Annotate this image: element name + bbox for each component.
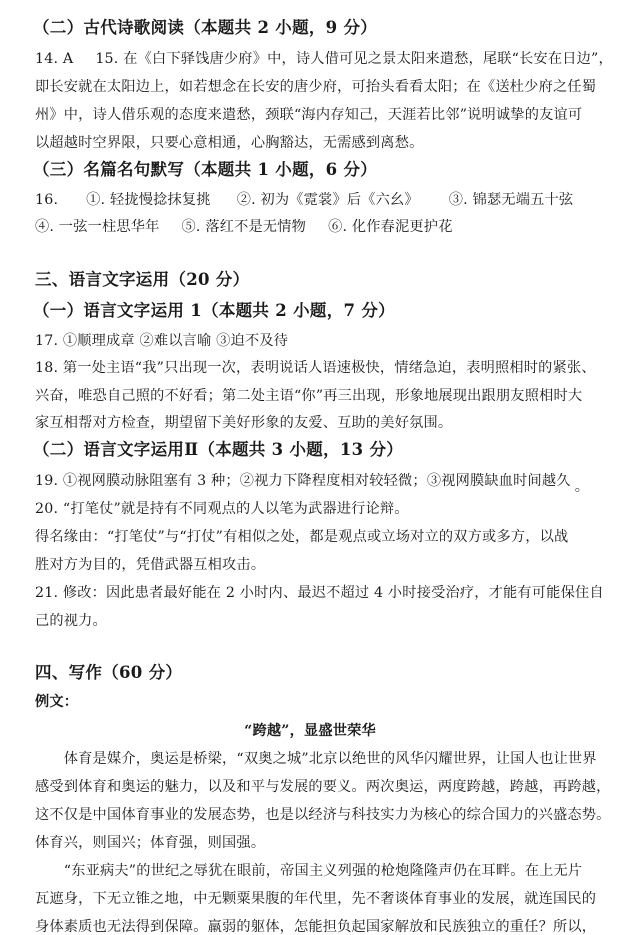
question-15-line-2: 即长安就在太阳边上，如若想念在长安的唐少府，可抬头看看太阳；在《送杜少府之任蜀 [35, 77, 596, 97]
subsection-heading-language-use-2: （二）语言文字运用Ⅱ（本题共 3 小题，13 分） [33, 440, 403, 460]
recitation-answer-3: ③. 锦瑟无端五十弦 [449, 192, 574, 208]
example-essay-label: 例文： [35, 692, 78, 712]
question-16-number: 16. [35, 192, 58, 208]
question-20-reason-line-1: 得名缘由：“打笔仗”与“打仗”有相似之处，都是观点或立场对立的双方或多方，以战 [35, 527, 568, 547]
question-16-row-1: 16.①. 轻拢慢捻抹复挑②. 初为《霓裳》后《六幺》③. 锦瑟无端五十弦 [35, 190, 573, 210]
section-heading-recitation: （三）名篇名句默写（本题共 1 小题，6 分） [33, 160, 377, 180]
question-19-text: 19. ①视网膜动脉阻塞有 3 种；②视力下降程度相对较轻微；③视网膜缺血时间越… [35, 473, 571, 489]
section-heading-ancient-poetry: （二）古代诗歌阅读（本题共 2 小题，9 分） [33, 18, 377, 38]
answer-key-page: （二）古代诗歌阅读（本题共 2 小题，9 分） 14. A15. 在《白下驿饯唐… [0, 0, 620, 935]
question-15-text: 15. 在《白下驿饯唐少府》中，诗人借可见之景太阳来遣愁，尾联“长安在日边”， [95, 51, 613, 67]
recitation-answer-2: ②. 初为《霓裳》后《六幺》 [237, 192, 419, 208]
question-15-line-4: 以超越时空界限，只要心意相通，心胸豁达，无需感到离愁。 [35, 133, 423, 153]
essay-line-2: 感受到体育和奥运的魅力，以及和平与发展的要义。两次奥运，两度跨越，跨越，再跨越， [35, 777, 611, 797]
question-19-answer: 19. ①视网膜动脉阻塞有 3 种；②视力下降程度相对较轻微；③视网膜缺血时间越… [35, 471, 585, 491]
question-19-tail-period: 。 [575, 479, 589, 495]
question-18-line-2: 兴奋，唯恐自己照的不好看；第二处主语“你”再三出现，形象地展现出跟朋友照相时大 [35, 386, 582, 406]
part-4-heading: 四、写作（60 分） [35, 663, 182, 683]
question-20-reason-line-2: 胜对方为目的，凭借武器互相攻击。 [35, 555, 265, 575]
question-16-row-2: ④. 一弦一柱思华年⑤. 落红不是无情物⑥. 化作春泥更护花 [35, 217, 453, 237]
essay-line-4: 体育兴，则国兴；体育强，则国强。 [35, 833, 265, 853]
part-3-heading: 三、语言文字运用（20 分） [35, 270, 249, 290]
question-14-answer: 14. A [35, 51, 73, 67]
question-17-answer: 17. ①顺理成章 ②难以言喻 ③迫不及待 [35, 331, 288, 351]
question-18-line-1: 18. 第一处主语“我”只出现一次，表明说话人语速极快，情绪急迫，表明照相时的紧… [35, 358, 596, 378]
question-15-line-3: 州》中，诗人借乐观的态度来遣愁，颈联“海内存知己，天涯若比邻”说明诚挚的友谊可 [35, 105, 582, 125]
question-21-line-1: 21. 修改：因此患者最好能在 2 小时内、最迟不超过 4 小时接受治疗，才能有… [35, 583, 604, 603]
recitation-answer-6: ⑥. 化作春泥更护花 [328, 219, 453, 235]
essay-line-3: 这不仅是中国体育事业的发展态势，也是以经济与科技实力为核心的综合国力的兴盛态势。 [35, 805, 611, 825]
essay-line-6: 瓦遮身，下无立锥之地，中无颗粟果腹的年代里，先不奢谈体育事业的发展，就连国民的 [35, 889, 596, 909]
recitation-answer-4: ④. 一弦一柱思华年 [35, 219, 160, 235]
essay-line-7: 身体素质也无法得到保障。羸弱的躯体，怎能担负起国家解放和民族独立的重任？所以， [35, 917, 596, 935]
essay-title: “跨越”，显盛世荣华 [0, 721, 620, 741]
question-18-line-3: 家互相帮对方检查，期望留下美好形象的友爱、互助的美好氛围。 [35, 413, 452, 433]
recitation-answer-5: ⑤. 落红不是无情物 [182, 219, 307, 235]
essay-line-5: “东亚病夫”的世纪之辱犹在眼前，帝国主义列强的枪炮隆隆声仍在耳畔。在上无片 [35, 861, 582, 881]
essay-line-1: 体育是媒介，奥运是桥梁，“双奥之城”北京以绝世的风华闪耀世界，让国人也让世界 [35, 749, 597, 769]
recitation-answer-1: ①. 轻拢慢捻抹复挑 [86, 192, 211, 208]
question-14-15-line-1: 14. A15. 在《白下驿饯唐少府》中，诗人借可见之景太阳来遣愁，尾联“长安在… [35, 49, 613, 69]
question-20-answer: 20. “打笔仗”就是持有不同观点的人以笔为武器进行论辩。 [35, 499, 409, 519]
question-21-line-2: 己的视力。 [35, 611, 107, 631]
subsection-heading-language-use-1: （一）语言文字运用 1（本题共 2 小题，7 分） [33, 301, 395, 321]
